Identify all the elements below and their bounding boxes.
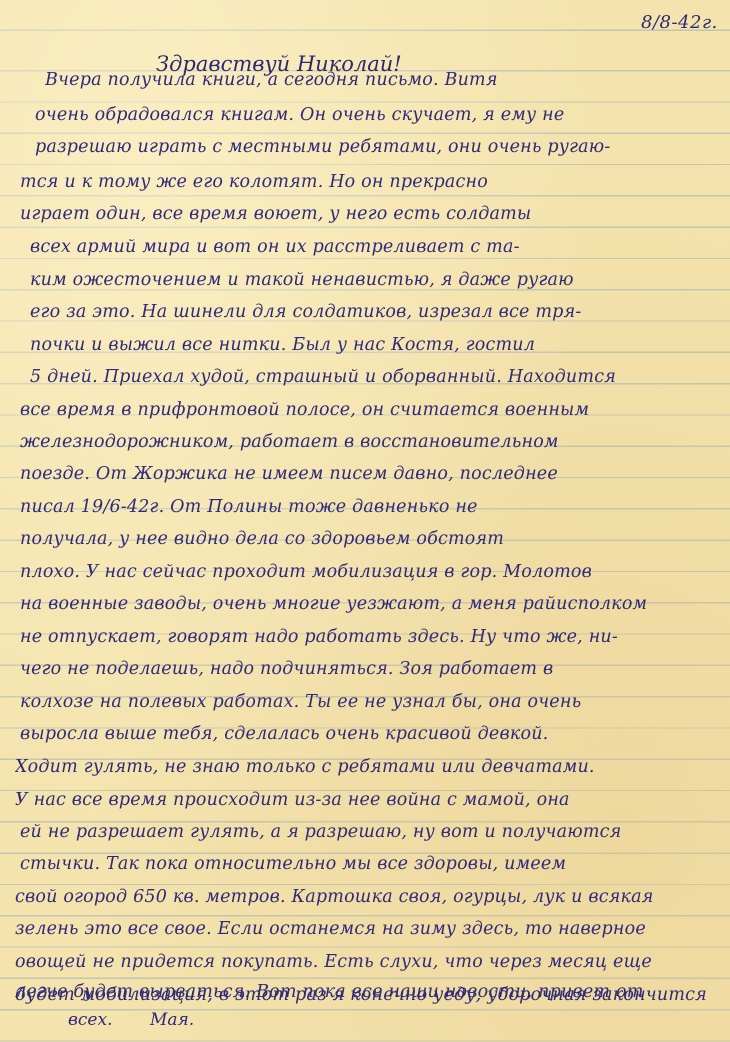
letter-line: Ходит гулять, не знаю только с ребятами … [15, 757, 730, 777]
letter-line: железнодорожником, работает в восстанови… [20, 432, 730, 452]
letter-line: стычки. Так пока относительно мы все здо… [20, 854, 730, 874]
letter-signature: Мая. [150, 1010, 194, 1030]
letter-line: ей не разрешает гулять, а я разрешаю, ну… [20, 822, 730, 842]
letter-line: на военные заводы, очень многие уезжают,… [20, 594, 730, 614]
letter-line: не отпускает, говорят надо работать здес… [20, 627, 730, 647]
letter-line: зелень это все свое. Если останемся на з… [15, 919, 730, 939]
letter-date: 8/8-42г. [641, 12, 718, 33]
letter-line: чего не поделаешь, надо подчиняться. Зоя… [20, 659, 730, 679]
letter-line: писал 19/6-42г. От Полины тоже давненько… [20, 497, 730, 517]
letter-line: колхозе на полевых работах. Ты ее не узн… [20, 692, 730, 712]
letter-line: У нас все время происходит из-за нее вой… [15, 790, 730, 810]
letter-line: Вчера получила книги, а сегодня письмо. … [45, 70, 730, 90]
letter-line: всех армий мира и вот он их расстреливае… [30, 237, 730, 257]
letter-line: свой огород 650 кв. метров. Картошка сво… [15, 887, 730, 907]
letter-line: плохо. У нас сейчас проходит мобилизация… [20, 562, 730, 582]
letter-line: очень обрадовался книгам. Он очень скуча… [35, 105, 730, 125]
letter-line: его за это. На шинели для солдатиков, из… [30, 302, 730, 322]
letter-line: овощей не придется покупать. Есть слухи,… [15, 952, 730, 972]
letter-line: почки и выжил все нитки. Был у нас Костя… [30, 335, 730, 355]
letter-line: тся и к тому же его колотят. Но он прекр… [20, 172, 730, 192]
letter-line: выросла выше тебя, сделалась очень краси… [20, 724, 730, 744]
letter-line: 5 дней. Приехал худой, страшный и оборва… [30, 367, 730, 387]
letter-line: легче будет вырваться. Вот пока все наши… [15, 982, 730, 1002]
letter-line: поезде. От Жоржика не имеем писем давно,… [20, 464, 730, 484]
letter-line: все время в прифронтовой полосе, он счит… [20, 400, 730, 420]
letter-line: разрешаю играть с местными ребятами, они… [35, 137, 730, 157]
letter-line: играет один, все время воюет, у него ест… [20, 204, 730, 224]
letter-closing: всех. [68, 1010, 112, 1030]
letter-line: получала, у нее видно дела со здоровьем … [20, 529, 730, 549]
letter-line: ким ожесточением и такой ненавистью, я д… [30, 270, 730, 290]
